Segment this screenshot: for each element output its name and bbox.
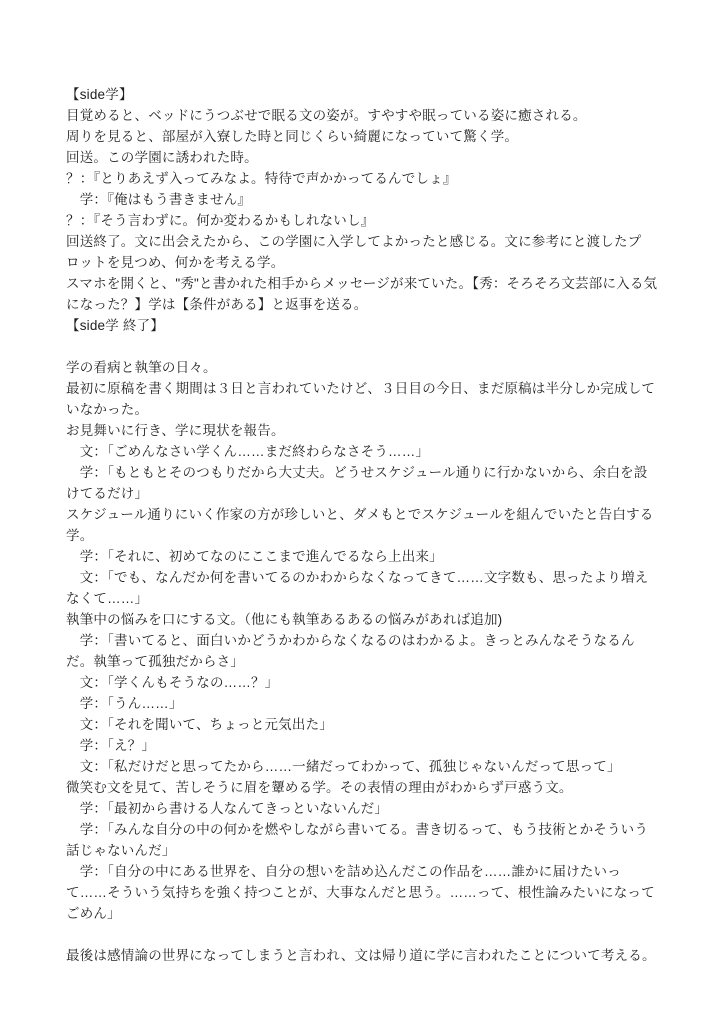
text-line: 最初に原稿を書く期間は３日と言われていたけど、３日目の今日、まだ原稿は半分しか完… xyxy=(66,378,706,399)
text-line: 文：「私だけだと思ってたから……一緒だってわかって、孤独じゃないんだって思って」 xyxy=(66,756,706,777)
text-line: 文：「ごめんなさい学くん……まだ終わらなさそう……」 xyxy=(66,441,706,462)
text-line: 学：「書いてると、面白いかどうかわからなくなるのはわかるよ。きっとみんなそうなる… xyxy=(66,630,706,651)
text-line: になった？】学は【条件がある】と返事を送る。 xyxy=(66,294,706,315)
document-page: 【side学】 目覚めると、ベッドにうつぶせで眠る文の姿が。すやすや眠っている姿… xyxy=(0,0,724,1024)
text-line: 学：「うん……」 xyxy=(66,693,706,714)
text-line: だ。執筆って孤独だからさ」 xyxy=(66,651,706,672)
text-line: いなかった。 xyxy=(66,399,706,420)
text-line: 学。 xyxy=(66,525,706,546)
text-line-blank xyxy=(66,336,706,357)
text-line: 回送終了。文に出会えたから、この学園に入学してよかったと感じる。文に参考にと渡し… xyxy=(66,231,706,252)
text-line: て……そういう気持ちを強く持つことが、大事なんだと思う。……って、根性論みたいに… xyxy=(66,882,706,903)
text-line: 学：「え？」 xyxy=(66,735,706,756)
text-line: 文：「でも、なんだか何を書いてるのかわからなくなってきて……文字数も、思ったより… xyxy=(66,567,706,588)
text-line: なくて……」 xyxy=(66,588,706,609)
text-line: けてるだけ」 xyxy=(66,483,706,504)
text-line: スマホを開くと、"秀"と書かれた相手からメッセージが来ていた。【秀：そろそろ文芸… xyxy=(66,273,706,294)
text-line: 【side学 終了】 xyxy=(66,315,706,336)
text-line: 学：「もともとそのつもりだから大丈夫。どうせスケジュール通りに行かないから、余白… xyxy=(66,462,706,483)
text-line: ？：『そう言わずに。何か変わるかもしれないし』 xyxy=(66,210,706,231)
text-line: 最後は感情論の世界になってしまうと言われ、文は帰り道に学に言われたことについて考… xyxy=(66,945,706,966)
text-line: 微笑む文を見て、苦しそうに眉を顰める学。その表情の理由がわからず戸惑う文。 xyxy=(66,777,706,798)
text-line: 文：「それを聞いて、ちょっと元気出た」 xyxy=(66,714,706,735)
text-line: ごめん」 xyxy=(66,903,706,924)
text-line: スケジュール通りにいく作家の方が珍しいと、ダメもとでスケジュールを組んでいたと告… xyxy=(66,504,706,525)
text-line: 学：「みんな自分の中の何かを燃やしながら書いてる。書き切るって、もう技術とかそう… xyxy=(66,819,706,840)
text-line: 学：「自分の中にある世界を、自分の想いを詰め込んだこの作品を……誰かに届けたいっ xyxy=(66,861,706,882)
text-line: 【side学】 xyxy=(66,84,706,105)
text-line: 学：「それに、初めてなのにここまで進んでるなら上出来」 xyxy=(66,546,706,567)
text-line-blank xyxy=(66,924,706,945)
text-line: ロットを見つめ、何かを考える学。 xyxy=(66,252,706,273)
text-line: 学：『俺はもう書きません』 xyxy=(66,189,706,210)
document-text: 【side学】 目覚めると、ベッドにうつぶせで眠る文の姿が。すやすや眠っている姿… xyxy=(66,84,706,966)
text-line: 文：「学くんもそうなの……？」 xyxy=(66,672,706,693)
text-line: ？：『とりあえず入ってみなよ。特待で声かかってるんでしょ』 xyxy=(66,168,706,189)
text-line: 学：「最初から書ける人なんてきっといないんだ」 xyxy=(66,798,706,819)
text-line: 話じゃないんだ」 xyxy=(66,840,706,861)
text-line: 回送。この学園に誘われた時。 xyxy=(66,147,706,168)
text-line: お見舞いに行き、学に現状を報告。 xyxy=(66,420,706,441)
text-line: 周りを見ると、部屋が入寮した時と同じくらい綺麗になっていて驚く学。 xyxy=(66,126,706,147)
text-line: 目覚めると、ベッドにうつぶせで眠る文の姿が。すやすや眠っている姿に癒される。 xyxy=(66,105,706,126)
text-line: 学の看病と執筆の日々。 xyxy=(66,357,706,378)
text-line: 執筆中の悩みを口にする文。（他にも執筆あるあるの悩みがあれば追加) xyxy=(66,609,706,630)
